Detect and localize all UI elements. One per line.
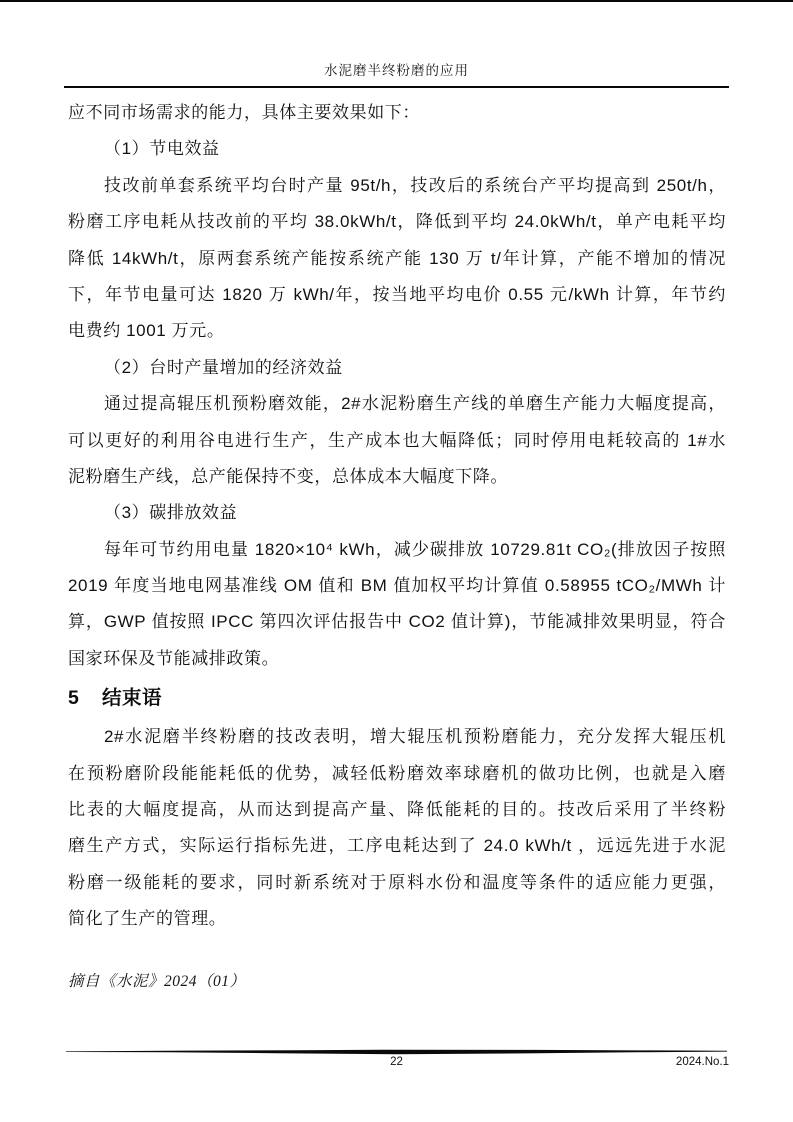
item-subheading: （3）碳排放效益 (68, 495, 726, 531)
paragraph-line: 国家环保及节能减排政策。 (68, 641, 726, 677)
paragraph-line: 粉磨工序电耗从技改前的平均 38.0kWh/t，降低到平均 24.0kWh/t，… (68, 204, 726, 240)
paragraph-line: 通过提高辊压机预粉磨效能，2#水泥粉磨生产线的单磨生产能力大幅度提高， (68, 386, 726, 422)
document-page: 水泥磨半终粉磨的应用 应不同市场需求的能力，具体主要效果如下：（1）节电效益技改… (0, 0, 793, 1122)
section-number: 5 (68, 677, 102, 719)
paragraph-line: 应不同市场需求的能力，具体主要效果如下： (68, 95, 726, 131)
page-number: 22 (0, 1056, 793, 1068)
paragraph-line: 降低 14kWh/t，原两套系统产能按系统产能 130 万 t/年计算，产能不增… (68, 241, 726, 277)
paragraph-line: 电费约 1001 万元。 (68, 313, 726, 349)
journal-issue: 2024.No.1 (676, 1056, 729, 1068)
paragraph-line: 比表的大幅度提高，从而达到提高产量、降低能耗的目的。技改后采用了半终粉 (68, 792, 726, 828)
paragraph-line: 2019 年度当地电网基准线 OM 值和 BM 值加权平均计算值 0.58955… (68, 568, 726, 604)
paragraph-line: 泥粉磨生产线，总产能保持不变，总体成本大幅度下降。 (68, 459, 726, 495)
section-title: 结束语 (102, 687, 162, 709)
page-top-edge-line (0, 0, 793, 2)
paragraph-line: 简化了生产的管理。 (68, 901, 726, 937)
item-subheading: （1）节电效益 (68, 131, 726, 167)
content-blocks: 应不同市场需求的能力，具体主要效果如下：（1）节电效益技改前单套系统平均台时产量… (68, 95, 726, 1000)
paragraph-line: 下，年节电量可达 1820 万 kWh/年，按当地平均电价 0.55 元/kWh… (68, 277, 726, 313)
paragraph-line: 粉磨一级能耗的要求，同时新系统对于原料水份和温度等条件的适应能力更强， (68, 865, 726, 901)
source-attribution: 摘自《水泥》2024（01） (68, 964, 726, 1000)
section-heading: 5结束语 (68, 677, 726, 719)
paragraph-line: 算，GWP 值按照 IPCC 第四次评估报告中 CO2 值计算)，节能减排效果明… (68, 604, 726, 640)
paragraph-line: 磨生产方式，实际运行指标先进，工序电耗达到了 24.0 kWh/t ，远远先进于… (68, 828, 726, 864)
paragraph-line: 在预粉磨阶段能能耗低的优势，减轻低粉磨效率球磨机的做功比例，也就是入磨 (68, 756, 726, 792)
paragraph-line: 可以更好的利用谷电进行生产，生产成本也大幅降低；同时停用电耗较高的 1#水 (68, 423, 726, 459)
item-subheading: （2）台时产量增加的经济效益 (68, 350, 726, 386)
paragraph-line: 每年可节约用电量 1820×10⁴ kWh，减少碳排放 10729.81t CO… (68, 532, 726, 568)
paragraph-line: 技改前单套系统平均台时产量 95t/h，技改后的系统台产平均提高到 250t/h… (68, 168, 726, 204)
footer-rule-line (66, 1049, 727, 1055)
paragraph-line: 2#水泥磨半终粉磨的技改表明，增大辊压机预粉磨能力，充分发挥大辊压机 (68, 719, 726, 755)
running-head-title: 水泥磨半终粉磨的应用 (66, 59, 727, 79)
header-rule-line (64, 86, 729, 88)
